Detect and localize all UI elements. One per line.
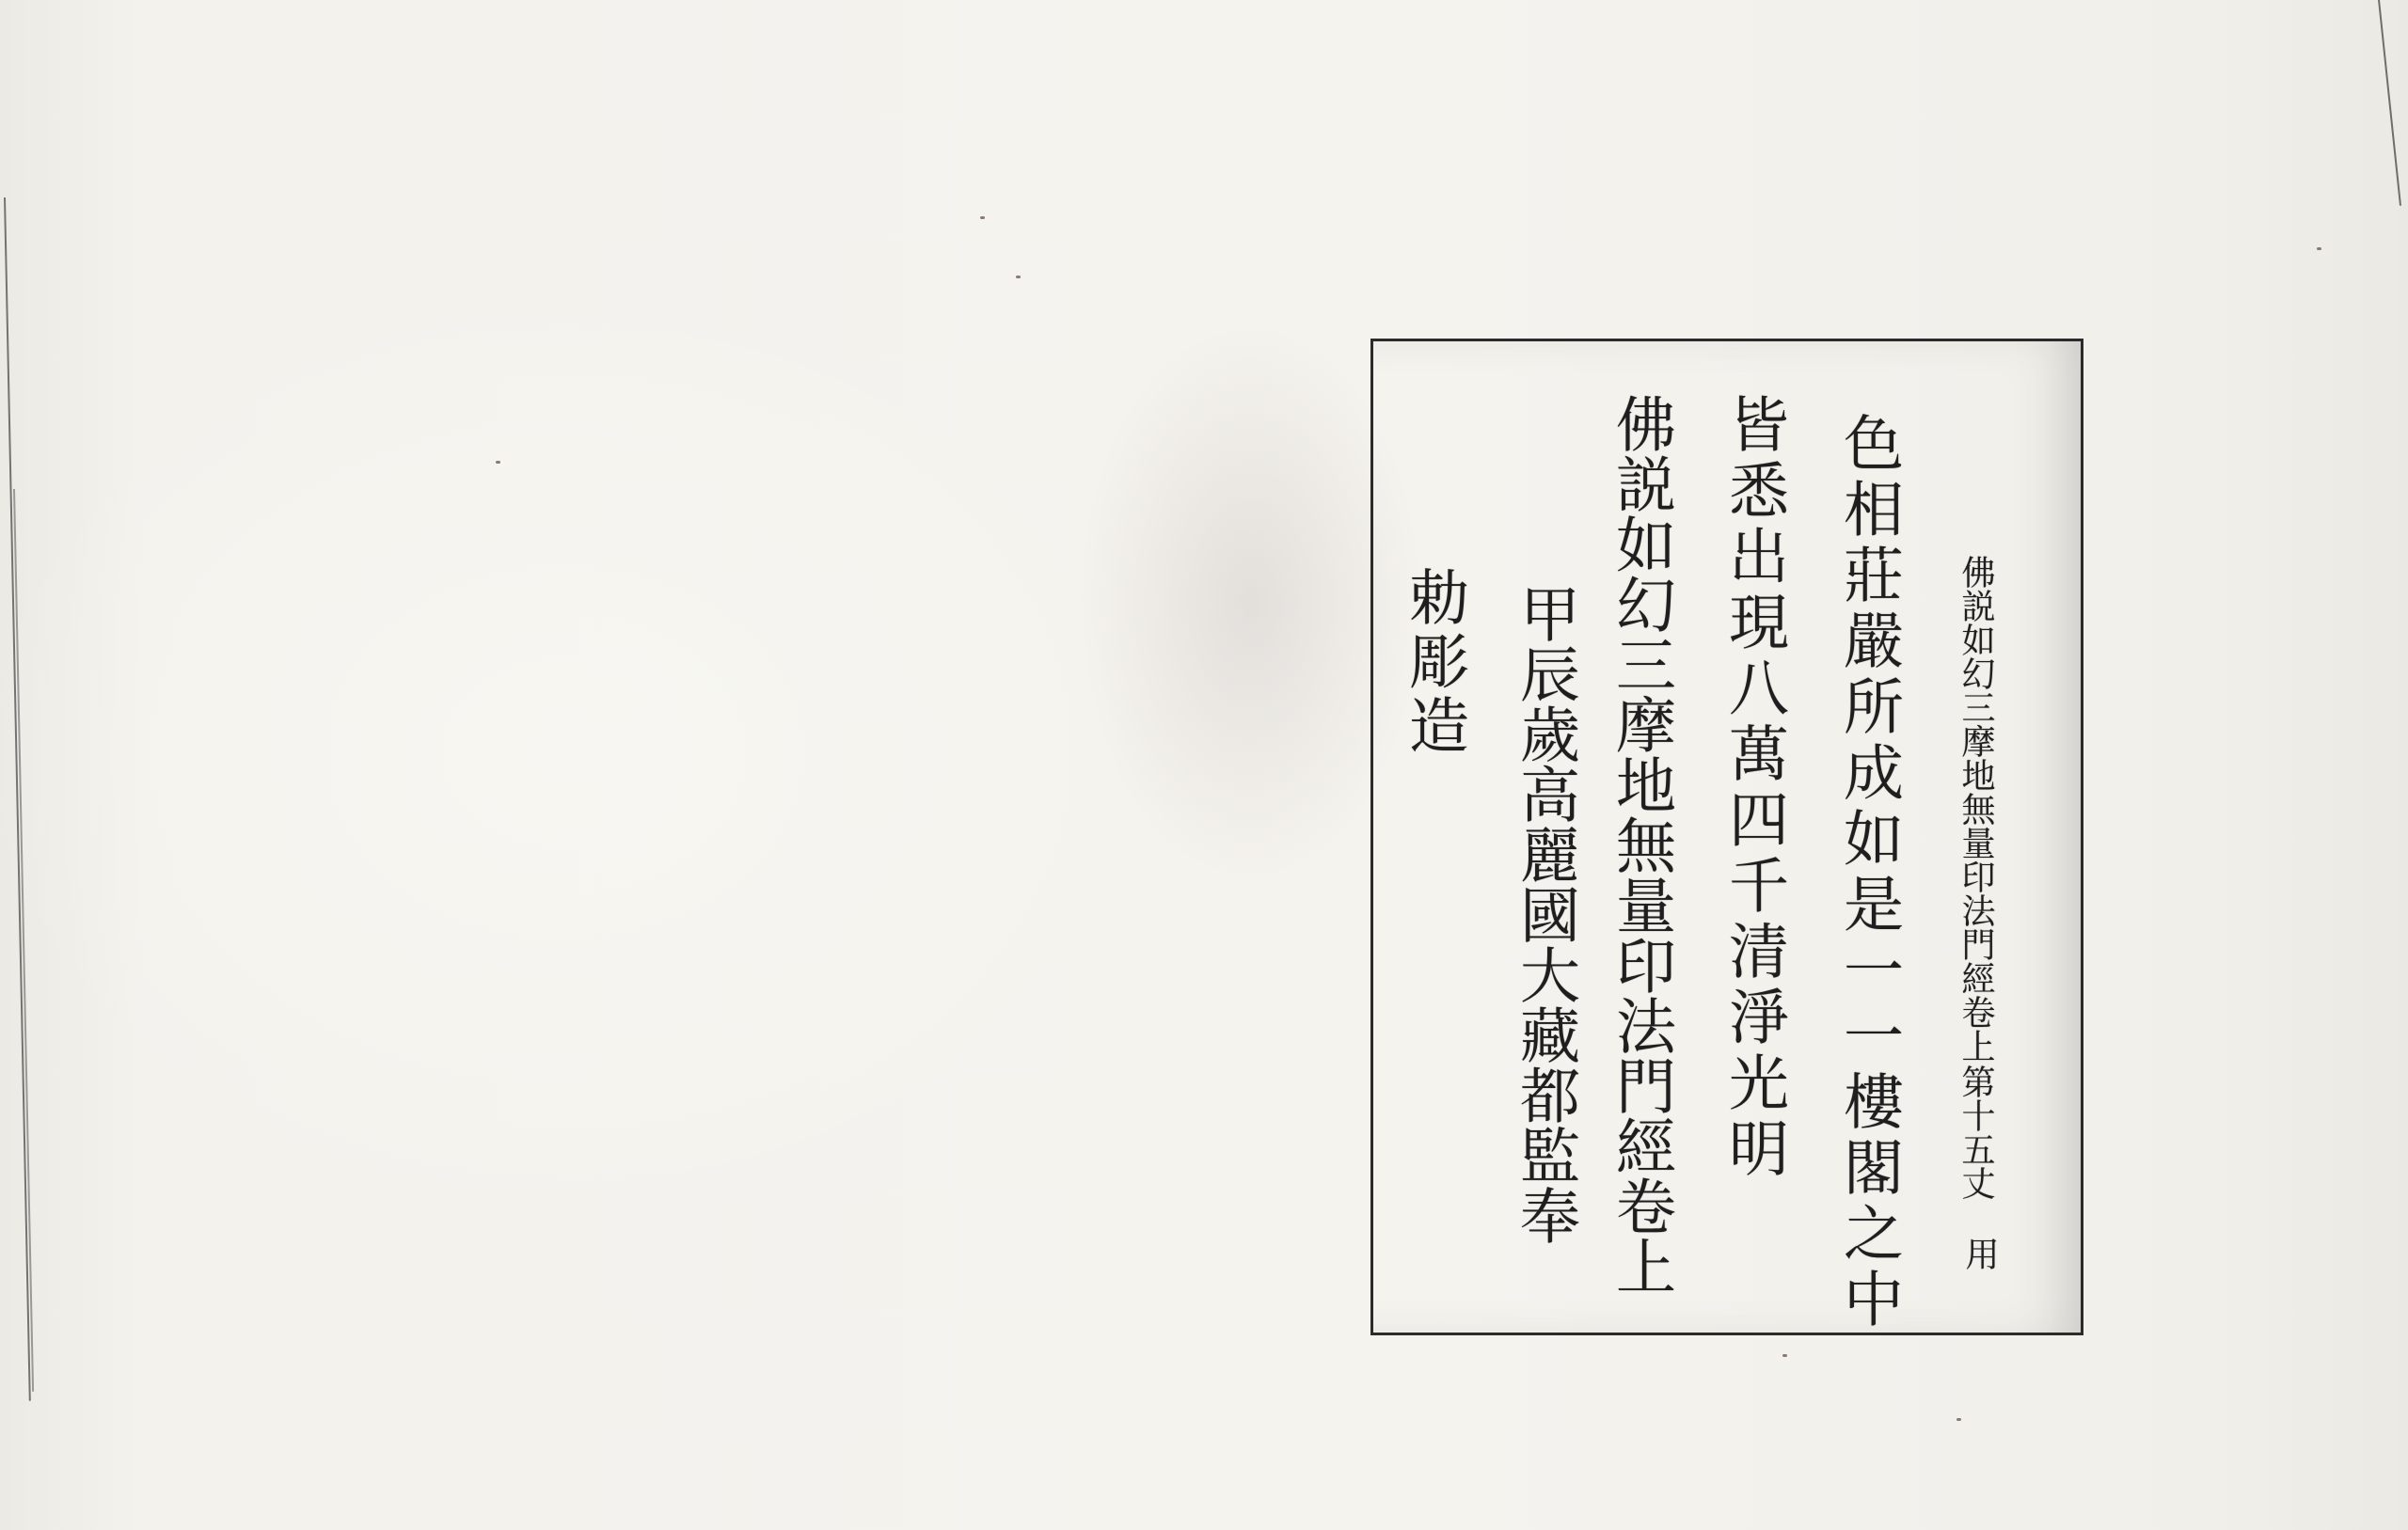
sutra-title-line: 佛説如幻三摩地無量印法門經卷上 <box>1610 393 1671 1296</box>
paper-speck <box>2317 247 2321 250</box>
marginal-title: 佛説如幻三摩地無量印法門經卷上 <box>1958 555 1992 1063</box>
block-number: 第十五丈 <box>1958 1065 1992 1200</box>
text-line-2: 皆悉出現八萬四千清淨光明 <box>1723 393 1783 1183</box>
paper-speck <box>1782 1354 1787 1357</box>
paper-speck <box>980 216 985 219</box>
paper-speck <box>496 461 500 464</box>
colophon-line-2: 勅彫造 <box>1403 566 1464 758</box>
paper-speck <box>1016 276 1021 278</box>
paper-speck <box>1956 1418 1961 1421</box>
colophon-line-1: 甲辰歲高麗國大藏都監奉 <box>1514 583 1575 1245</box>
block-mark: 用 <box>1962 1237 1996 1270</box>
text-line-1: 色相莊嚴所成如是一一樓閣之中 <box>1838 412 1898 1333</box>
